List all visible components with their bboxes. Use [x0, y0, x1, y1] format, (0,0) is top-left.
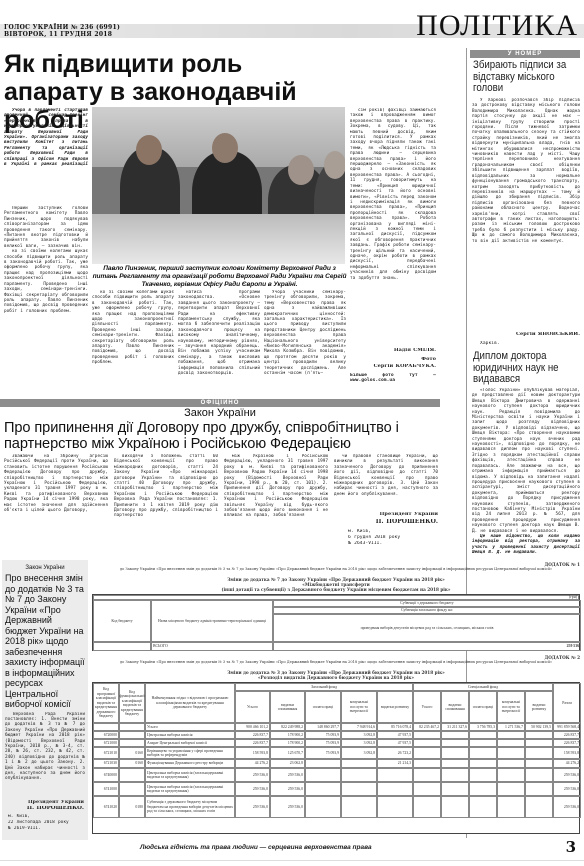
table-cell-code: 6741020: [93, 796, 119, 818]
table-cell-name: Усього: [145, 723, 235, 731]
official-label: ОФІЦІЙНО: [0, 399, 440, 407]
table-cell-func: [119, 731, 145, 739]
table-cell-s_total: [413, 768, 441, 782]
table-cell-total: 259 536,0: [235, 782, 270, 796]
article-column-2: ко зі своїми колегами шукає способи підв…: [92, 290, 174, 390]
header-func-code: Код функціональної класифікації видатків…: [119, 683, 145, 723]
table-cell-salary: 75 093,9: [305, 739, 341, 747]
table-cell-total: 900 466 101,2: [235, 723, 270, 731]
sidebar-city-1: Харків.: [480, 341, 540, 349]
sidebar-headline-1: Збирають підписи за відставку міського г…: [473, 60, 568, 95]
table-cell-cons: 259 536,0: [270, 768, 305, 782]
table2-title-2: «Розподіл видатків Державного бюджету Ук…: [92, 675, 580, 680]
law-column-4: чи правове становище України, що виникли…: [334, 454, 438, 509]
table-cell-s_salary: [469, 782, 497, 796]
table-cell-salary: 75 093,9: [305, 731, 341, 739]
table2-subtitle: до Закону України «Про внесення змін до …: [92, 660, 580, 665]
table-cell-func: [119, 782, 145, 796]
table-cell-name: Центральна виборча комісія: [145, 731, 235, 739]
footer-slogan: Людська гідність та права людини — серце…: [140, 844, 372, 851]
table-cell-total: 44 276,2: [235, 759, 270, 768]
sidebar-article-1-body: У Харкові розпочався збір підписів за до…: [472, 98, 580, 328]
law-column-1: Зважаючи на збройну агресію Російської Ф…: [4, 454, 108, 546]
page-bottom-rule: [0, 860, 584, 861]
table-cell-code: 6741000: [93, 782, 119, 796]
law-number: № 2643-VIII.: [348, 541, 438, 547]
header-special-fund: Спеціальний фонд: [413, 683, 553, 691]
table-cell-total: 226 837,7: [235, 739, 270, 747]
table-cell-total: 226 837,7: [235, 731, 270, 739]
table-cell-s_total: [413, 739, 441, 747]
sidebar-label: У НОМЕР: [470, 50, 580, 58]
table-cell-util: 3 092,8: [341, 731, 377, 739]
table-cell-s_cons: [441, 768, 469, 782]
budget-signer: П. ПОРОШЕНКО.: [2, 806, 84, 814]
table1-header-subv2: Субвенція загального фонду на:: [273, 607, 581, 614]
table-cell-sum: 259 536,0: [553, 796, 581, 818]
more-photos-link[interactable]: Більше фото тут — www.golos.com.ua: [350, 373, 436, 385]
table-cell-sum: 226 837,7: [553, 731, 581, 739]
table-cell-total: 259 536,0: [235, 796, 270, 818]
issue-info: ГОЛОС УКРАЇНИ № 236 (6991) ВІВТОРОК, 11 …: [4, 24, 120, 38]
table-cell-cons: 178 900,2: [270, 731, 305, 739]
table-cell-dev: 47 937,5: [377, 739, 413, 747]
table-cell-salary: [305, 796, 341, 818]
table-cell-salary: [305, 759, 341, 768]
masthead: ГОЛОС УКРАЇНИ № 236 (6991) ВІВТОРОК, 11 …: [0, 10, 584, 40]
photographer: Сергій КОРАБЧУКА.: [350, 364, 436, 372]
table-cell-s_dev: [525, 739, 553, 747]
table-cell-salary: 75 093,9: [305, 747, 341, 759]
table-cell-s_util: [497, 731, 525, 739]
table-cell-s_dev: [525, 731, 553, 739]
header-general-fund: Загальний фонд: [235, 683, 413, 691]
table-cell-s_cons: 31 211 327,6: [441, 723, 469, 731]
table-cell-s_util: 1 271 536,7: [497, 723, 525, 731]
table1-header-subv3: проведення виборів депутатів місцевих ра…: [273, 614, 581, 642]
transfers-table: (грн) Код бюджету Назва місцевого бюджет…: [92, 594, 580, 651]
table1-header-code: Код бюджету: [93, 600, 151, 642]
page-number: 3: [566, 838, 576, 856]
expenditures-table: Код програмної класифікації видатків та …: [92, 682, 580, 834]
article-column-3: натиса програми законодавства. «Основне …: [178, 290, 260, 390]
table-cell-sum: 44 276,2: [553, 759, 581, 768]
table1-header-name: Назва місцевого бюджету адміністративно-…: [151, 600, 273, 642]
article-column-1: Перший заступник голови Регламентного ко…: [4, 206, 88, 394]
table-cell-s_cons: [441, 731, 469, 739]
law-headline: Про припинення дії Договору про дружбу, …: [4, 420, 440, 452]
table-cell-s_util: [497, 768, 525, 782]
table-cell-s_total: [413, 747, 441, 759]
table-cell-code: 6721030: [93, 759, 119, 768]
table-cell-func: [119, 739, 145, 747]
table1-total-label: ВСЬОГО: [151, 642, 273, 651]
table-cell-util: 3 092,8: [341, 747, 377, 759]
table-cell-sum: 259 536,0: [553, 782, 581, 796]
table-cell-code: 6720000: [93, 731, 119, 739]
table-cell-s_salary: [469, 747, 497, 759]
table-cell-code: 6740000: [93, 768, 119, 782]
law-column-3: між Україною і Російською Федерацією, ук…: [224, 454, 328, 546]
table-cell-s_salary: [469, 768, 497, 782]
table-cell-salary: [305, 782, 341, 796]
newspaper-page: ГОЛОС УКРАЇНИ № 236 (6991) ВІВТОРОК, 11 …: [0, 0, 584, 866]
header-total: Разом: [553, 683, 581, 723]
budget-law-body: Верховна Рада України постановляє: 1. Вн…: [2, 712, 88, 800]
table-cell-s_total: 82 235 467,2: [413, 723, 441, 731]
table-cell-cons: 259 536,0: [270, 796, 305, 818]
table-cell-s_total: [413, 731, 441, 739]
table-cell-util: 3 092,8: [341, 739, 377, 747]
table-cell-s_cons: [441, 739, 469, 747]
table-cell-s_dev: [525, 782, 553, 796]
table-cell-name: Субвенція з державного бюджету місцевим …: [145, 796, 235, 818]
table-cell-func: 0160: [119, 747, 145, 759]
table-cell-sum: 991 859 568,4: [553, 723, 581, 731]
budget-number: № 2619-VIII.: [8, 826, 88, 832]
table-cell-dev: 21 214,3: [377, 759, 413, 768]
table-cell-s_dev: [525, 768, 553, 782]
table-cell-s_total: [413, 782, 441, 796]
table-cell-salary: [305, 768, 341, 782]
table-cell-dev: [377, 796, 413, 818]
table-cell-s_salary: [469, 759, 497, 768]
table-cell-s_salary: 3 756 785,3: [469, 723, 497, 731]
table-cell-total: 259 536,0: [235, 768, 270, 782]
table-cell-sum: 259 536,0: [553, 768, 581, 782]
table-cell-s_salary: [469, 739, 497, 747]
table-cell-util: [341, 782, 377, 796]
photo-caption: Павло Пинзеник, перший заступник голови …: [92, 265, 347, 289]
article-column-4: Учора учасники семінару-тренінгу обговор…: [264, 290, 346, 390]
table-cell-dev: [377, 768, 413, 782]
header-name: Найменування згідно з відомчою і програм…: [145, 683, 235, 723]
table-cell-s_cons: [441, 782, 469, 796]
table1-subtitle: до Закону України «Про внесення змін до …: [92, 567, 580, 572]
table-cell-s_util: [497, 782, 525, 796]
table-cell-dev: [377, 782, 413, 796]
budget-law-headline: Про внесення змін до додатків № 3 та № 7…: [2, 571, 88, 712]
table-cell-util: [341, 768, 377, 782]
table1-title-3: (інші дотації та субвенції) з Державного…: [92, 587, 580, 592]
table-cell-util: [341, 796, 377, 818]
table-cell-dev: 85 716 078,4: [377, 723, 413, 731]
law-signer-title: Президент України: [334, 512, 438, 519]
table-cell-dev: 26 723,2: [377, 747, 413, 759]
article-column-5: сім років) фахівці займаються також і вп…: [350, 108, 436, 343]
table-cell-s_dev: 50 902 139,5: [525, 723, 553, 731]
table-cell-func: [119, 723, 145, 731]
table-cell-func: 0180: [119, 796, 145, 818]
table-cell-cons: 125 670,7: [270, 747, 305, 759]
table-cell-s_total: [413, 796, 441, 818]
table-cell-s_dev: [525, 747, 553, 759]
table-cell-s_util: [497, 759, 525, 768]
table-cell-code: 6721010: [93, 747, 119, 759]
law-label: Закон України: [0, 407, 440, 420]
table-cell-s_cons: [441, 759, 469, 768]
sidebar-headline-2: Диплом доктора юридичних наук не видавав…: [473, 351, 568, 386]
table1-total-value: 259 536: [273, 642, 581, 651]
newspaper-issue: ГОЛОС УКРАЇНИ № 236 (6991): [4, 24, 120, 31]
table-cell-cons: 822 249 988,2: [270, 723, 305, 731]
law-column-2: виходячи з положень статті 60 Віденської…: [114, 454, 218, 546]
table-cell-sum: 226 837,7: [553, 739, 581, 747]
budget-law-box: Закон України Про внесення змін до додат…: [2, 560, 88, 840]
table-cell-total: 158 593,8: [235, 747, 270, 759]
table-cell-s_dev: [525, 796, 553, 818]
table-cell-func: [119, 768, 145, 782]
law-signer: П. ПОРОШЕНКО.: [334, 519, 438, 527]
sidebar-author-1: Сергій ЯНОВСЬКИЙ.: [472, 332, 580, 340]
section-title: ПОЛІТИКА: [416, 10, 578, 42]
article-author: Надія СМІЛЯ.: [350, 348, 436, 356]
header-program-code: Код програмної класифікації видатків та …: [93, 683, 119, 723]
table-cell-s_salary: [469, 796, 497, 818]
table-cell-cons: 178 900,2: [270, 739, 305, 747]
table-cell-util: [341, 759, 377, 768]
table-cell-s_dev: [525, 759, 553, 768]
table-cell-cons: 23 062,8: [270, 759, 305, 768]
table-cell-name: Центральна виборча комісія (загальнодерж…: [145, 782, 235, 796]
table-cell-salary: 148 860 297,7: [305, 723, 341, 731]
table-cell-name: Керівництво та управління у сфері провед…: [145, 747, 235, 759]
table-cell-cons: 259 536,0: [270, 782, 305, 796]
table-cell-s_util: [497, 739, 525, 747]
article-lead: Учора в парламенті стартував дводенний с…: [4, 108, 88, 166]
table-cell-s_total: [413, 759, 441, 768]
table-cell-s_salary: [469, 731, 497, 739]
issue-date: ВІВТОРОК, 11 ГРУДНЯ 2018: [4, 31, 120, 38]
table-cell-code: [93, 723, 119, 731]
table-cell-name: Функціонування Державного реєстру виборц…: [145, 759, 235, 768]
table-cell-name: Центральна виборча комісія (загальнодерж…: [145, 768, 235, 782]
table-cell-dev: 47 937,5: [377, 731, 413, 739]
table1-header-subv: Субвенції з державного бюджету: [273, 600, 581, 607]
table-cell-code: 6721000: [93, 739, 119, 747]
table-cell-s_cons: [441, 747, 469, 759]
table-cell-func: 0160: [119, 759, 145, 768]
article-photo: [92, 107, 345, 264]
table-cell-sum: 158 593,8: [553, 747, 581, 759]
table-cell-s_cons: [441, 796, 469, 818]
table-cell-s_util: [497, 747, 525, 759]
table-cell-s_util: [497, 796, 525, 818]
table-cell-name: Апарат Центральної виборчої комісії: [145, 739, 235, 747]
table-cell-util: 7 948 914,6: [341, 723, 377, 731]
